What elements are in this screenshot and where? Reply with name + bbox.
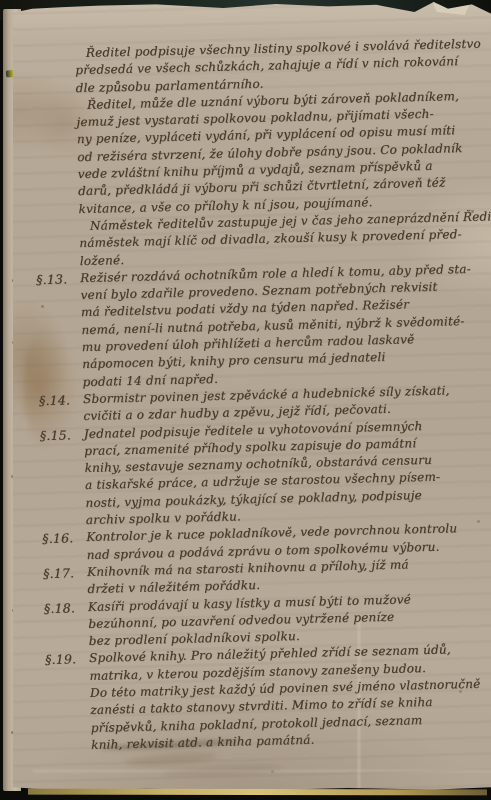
manuscript-paragraph: Náměstek ředitelův zastupuje jej v čas j… — [79, 208, 491, 270]
section-number: §.19. — [45, 651, 77, 669]
section-number: §.14. — [39, 391, 71, 409]
handwritten-text-block: Ředitel podpisuje všechny listiny spolko… — [4, 0, 491, 756]
section-number: §.18. — [44, 599, 76, 617]
manuscript-paragraph: Ředitel, může dle uznání výboru býti zár… — [76, 87, 491, 218]
section-number: §.17. — [43, 564, 75, 582]
statute-paragraph: §.18.Kasíři prodávají u kasy lístky a mu… — [88, 589, 491, 651]
manuscript-page: Ředitel podpisuje všechny listiny spolko… — [13, 0, 491, 800]
section-number: §.15. — [40, 426, 72, 444]
statute-paragraph: §.15.Jednatel podpisuje ředitele u vyhot… — [84, 416, 491, 530]
statute-paragraph: §.13.Režisér rozdává ochotníkům role a h… — [80, 260, 491, 391]
scanned-manuscript: { "document": { "kind": "handwritten man… — [0, 0, 491, 800]
statute-paragraph: §.19.Spolkové knihy. Pro náležitý přehle… — [89, 640, 491, 754]
bleedthrough-ghost-text — [125, 751, 218, 768]
bottom-page-edge — [28, 789, 487, 796]
bleedthrough-ghost-text — [163, 763, 283, 778]
section-number: §.16. — [42, 530, 74, 548]
section-number: §.13. — [36, 270, 68, 288]
